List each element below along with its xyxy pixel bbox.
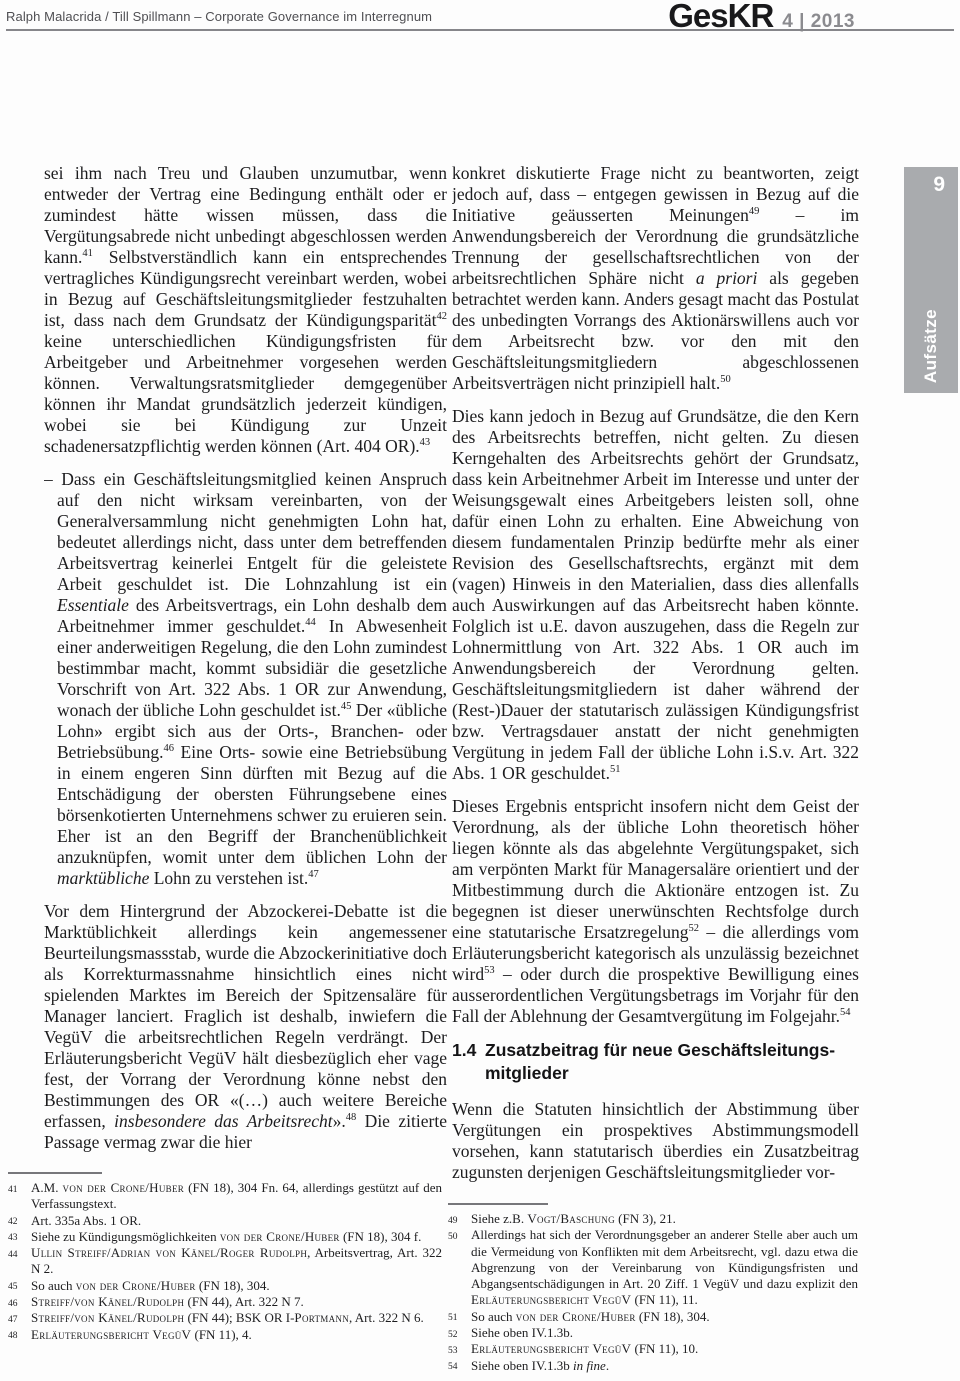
footnote-number: 47 — [8, 1312, 31, 1328]
section-tab: 9 Aufsätze — [904, 167, 958, 393]
footnote-item: 53Erläuterungsbericht VegüV (FN 11), 10. — [448, 1341, 858, 1357]
page-number: 9 — [933, 173, 945, 197]
right-text-column: konkret diskutierte Frage nicht zu beant… — [452, 163, 859, 1201]
footnote-text: So auch von der Crone/Huber (FN 18), 304… — [471, 1309, 858, 1325]
footnote-item: 50Allerdings hat sich der Verordnungsgeb… — [448, 1227, 858, 1308]
footnote-text: Siehe oben IV.1.3b. — [471, 1325, 858, 1341]
footnote-separator-left — [8, 1172, 102, 1174]
footnote-item: 49Siehe z.B. Vogt/Baschung (FN 3), 21. — [448, 1211, 858, 1227]
footnote-text: Streiff/von Känel/Rudolph (FN 44); BSK O… — [31, 1310, 442, 1326]
footnote-number: 49 — [448, 1213, 471, 1229]
footnote-text: Siehe oben IV.1.3b in fine. — [471, 1358, 858, 1374]
footnote-text: Erläuterungsbericht VegüV (FN 11), 10. — [471, 1341, 858, 1357]
footnote-text: Siehe z.B. Vogt/Baschung (FN 3), 21. — [471, 1211, 858, 1227]
page-header-authors-title: Ralph Malacrida / Till Spillmann – Corpo… — [6, 9, 432, 24]
footnote-separator-right — [448, 1203, 548, 1205]
footnote-number: 51 — [448, 1310, 471, 1326]
list-item-paragraph: – Dass ein Geschäftsleitungsmitglied kei… — [44, 469, 447, 889]
header-rule-divider — [6, 29, 954, 31]
footnotes-left: 41A.M. von der Crone/Huber (FN 18), 304 … — [8, 1180, 442, 1343]
paragraph: Wenn die Statuten hinsichtlich der Absti… — [452, 1099, 859, 1183]
footnote-number: 52 — [448, 1327, 471, 1343]
footnote-item: 44Ullin Streiff/Adrian von Känel/Roger R… — [8, 1245, 442, 1278]
footnote-text: Siehe zu Kündigungsmöglichkeiten von der… — [31, 1229, 442, 1245]
footnote-item: 47Streiff/von Känel/Rudolph (FN 44); BSK… — [8, 1310, 442, 1326]
footnote-text: Erläuterungsbericht VegüV (FN 11), 4. — [31, 1327, 442, 1343]
footnote-number: 50 — [448, 1229, 471, 1310]
footnote-number: 42 — [8, 1214, 31, 1230]
journal-logo: GesKR 4 | 2013 — [668, 0, 855, 32]
footnote-item: 51So auch von der Crone/Huber (FN 18), 3… — [448, 1309, 858, 1325]
section-title: Zusatzbeitrag für neue Geschäftsleitungs… — [485, 1039, 859, 1085]
section-number: 1.4 — [452, 1039, 485, 1085]
footnote-text: Allerdings hat sich der Verordnungsgeber… — [471, 1227, 858, 1308]
footnote-text: A.M. von der Crone/Huber (FN 18), 304 Fn… — [31, 1180, 442, 1213]
footnote-item: 48Erläuterungsbericht VegüV (FN 11), 4. — [8, 1327, 442, 1343]
footnote-text: Art. 335a Abs. 1 OR. — [31, 1213, 442, 1229]
paragraph: Dies kann jedoch in Bezug auf Grundsätze… — [452, 406, 859, 784]
paragraph: Dieses Ergebnis entspricht insofern nich… — [452, 796, 859, 1027]
journal-name: GesKR — [668, 0, 773, 32]
footnote-number: 45 — [8, 1279, 31, 1295]
paragraph: Vor dem Hintergrund der Abzockerei-Debat… — [44, 901, 447, 1153]
footnote-item: 54Siehe oben IV.1.3b in fine. — [448, 1358, 858, 1374]
footnote-item: 45So auch von der Crone/Huber (FN 18), 3… — [8, 1278, 442, 1294]
footnote-number: 44 — [8, 1247, 31, 1280]
section-label: Aufsätze — [921, 309, 941, 383]
footnote-text: So auch von der Crone/Huber (FN 18), 304… — [31, 1278, 442, 1294]
footnote-text: Ullin Streiff/Adrian von Känel/Roger Rud… — [31, 1245, 442, 1278]
footnotes-right: 49Siehe z.B. Vogt/Baschung (FN 3), 21.50… — [448, 1211, 858, 1374]
footnote-item: 46Streiff/von Känel/Rudolph (FN 44), Art… — [8, 1294, 442, 1310]
section-heading: 1.4Zusatzbeitrag für neue Geschäftsleitu… — [452, 1039, 859, 1085]
paragraph: sei ihm nach Treu und Glauben unzumutbar… — [44, 163, 447, 457]
footnote-item: 43Siehe zu Kündigungsmöglichkeiten von d… — [8, 1229, 442, 1245]
left-text-column: sei ihm nach Treu und Glauben unzumutbar… — [44, 163, 447, 1169]
paragraph: konkret diskutierte Frage nicht zu beant… — [452, 163, 859, 394]
footnote-text: Streiff/von Känel/Rudolph (FN 44), Art. … — [31, 1294, 442, 1310]
footnote-item: 42Art. 335a Abs. 1 OR. — [8, 1213, 442, 1229]
footnote-number: 48 — [8, 1328, 31, 1344]
footnote-number: 46 — [8, 1296, 31, 1312]
footnote-item: 41A.M. von der Crone/Huber (FN 18), 304 … — [8, 1180, 442, 1213]
footnote-number: 43 — [8, 1230, 31, 1246]
footnote-number: 54 — [448, 1359, 471, 1375]
footnote-number: 41 — [8, 1182, 31, 1215]
footnote-number: 53 — [448, 1343, 471, 1359]
footnote-item: 52Siehe oben IV.1.3b. — [448, 1325, 858, 1341]
